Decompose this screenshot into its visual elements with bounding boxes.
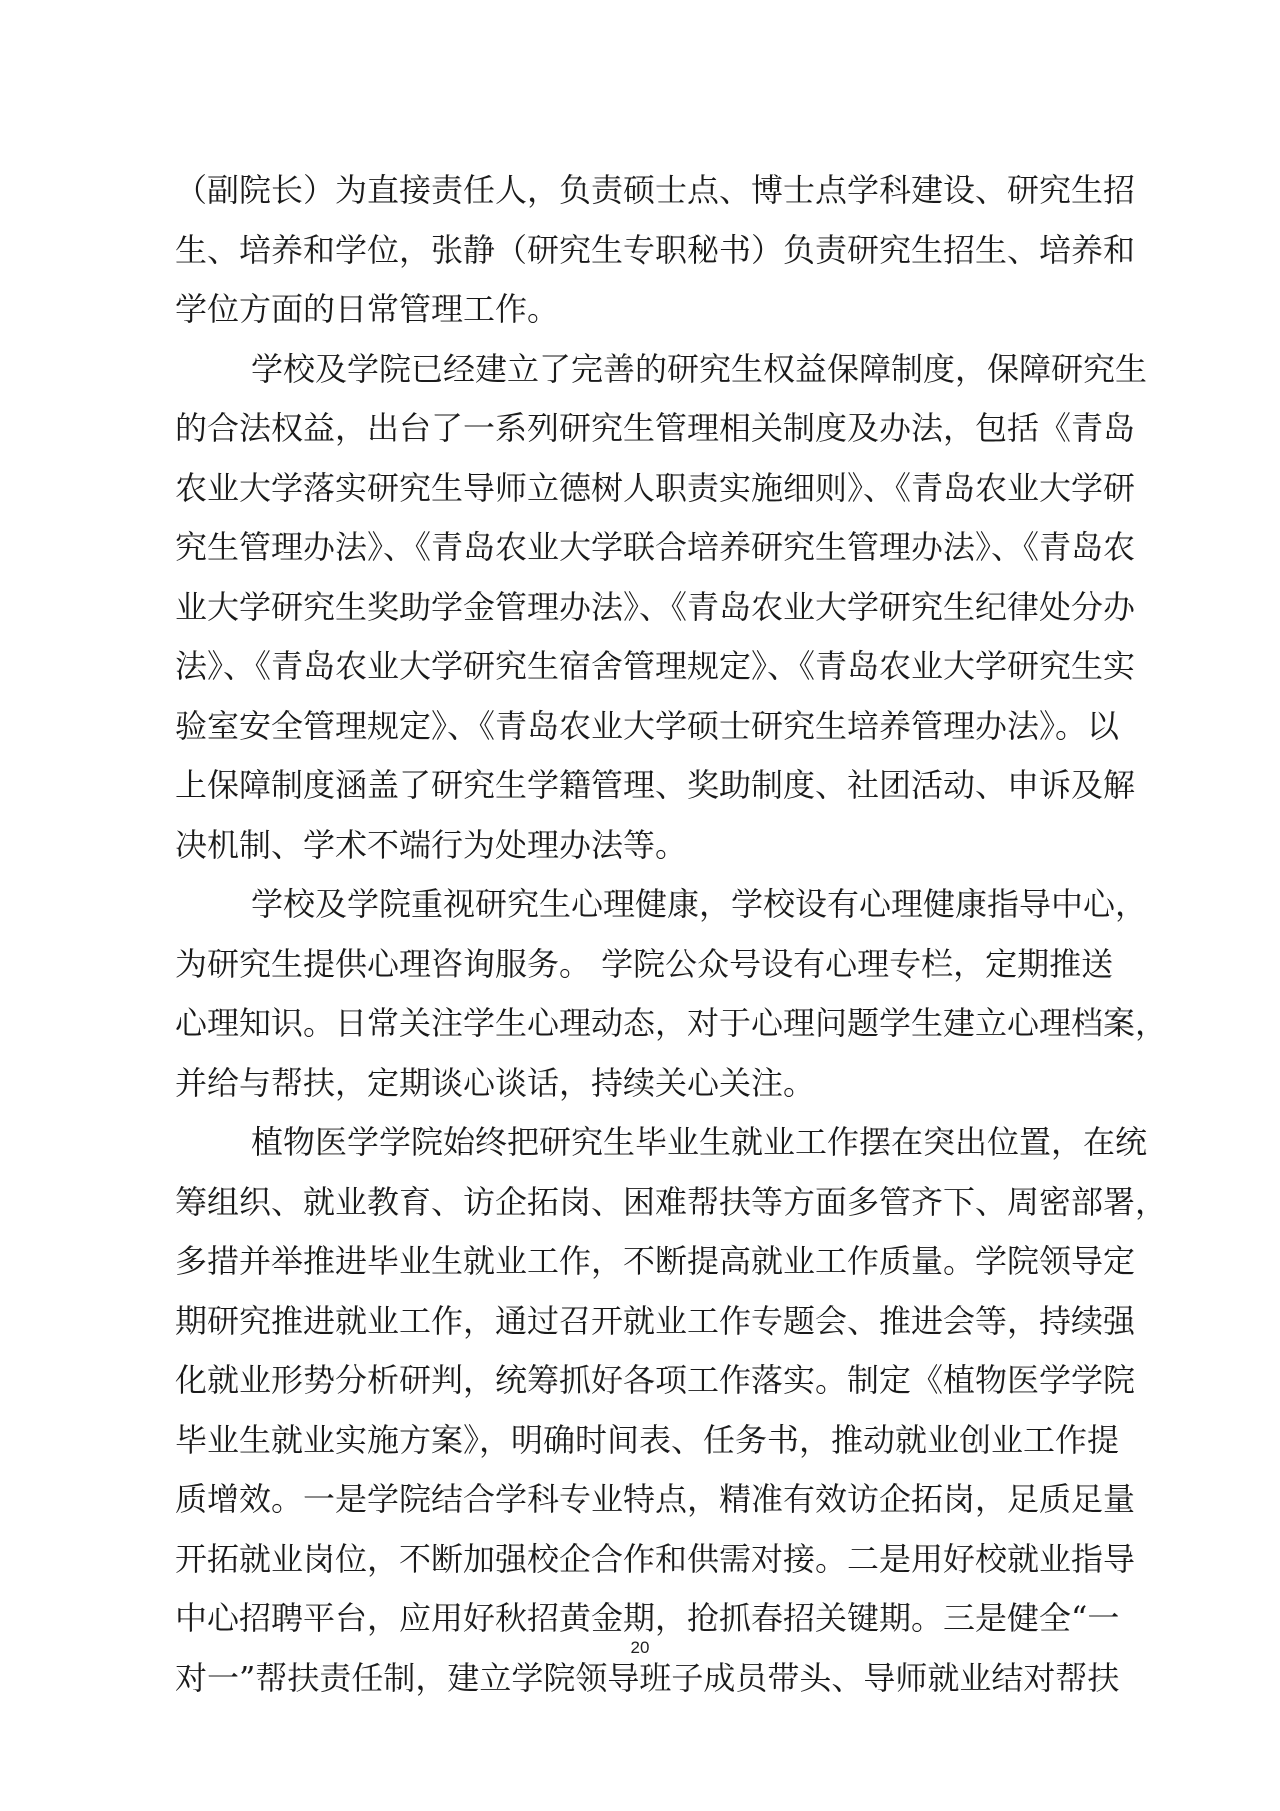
paragraph-3-line-2: 为研究生提供心理咨询服务。 学院公众号设有心理专栏，定期推送 — [175, 934, 1087, 994]
paragraph-4-line-8: 开拓就业岗位，不断加强校企合作和供需对接。二是用好校就业指导 — [175, 1529, 1087, 1589]
paragraph-4-line-5: 化就业形势分析研判，统筹抓好各项工作落实。制定《植物医学学院 — [175, 1350, 1087, 1410]
paragraph-2-line-3: 农业大学落实研究生导师立德树人职责实施细则》、《青岛农业大学研 — [175, 458, 1087, 518]
paragraph-2-line-2: 的合法权益，出台了一系列研究生管理相关制度及办法，包括《青岛 — [175, 398, 1087, 458]
paragraph-4-line-6: 毕业生就业实施方案》，明确时间表、任务书，推动就业创业工作提 — [175, 1410, 1087, 1470]
paragraph-4-line-2: 筹组织、就业教育、访企拓岗、困难帮扶等方面多管齐下、周密部署， — [175, 1172, 1087, 1232]
paragraph-2-line-5: 业大学研究生奖助学金管理办法》、《青岛农业大学研究生纪律处分办 — [175, 577, 1087, 637]
paragraph-2-line-6: 法》、《青岛农业大学研究生宿舍管理规定》、《青岛农业大学研究生实 — [175, 636, 1087, 696]
paragraph-3-line-3: 心理知识。日常关注学生心理动态，对于心理问题学生建立心理档案， — [175, 993, 1087, 1053]
paragraph-3-line-4: 并给与帮扶，定期谈心谈话，持续关心关注。 — [175, 1053, 1087, 1113]
paragraph-2-line-1: 学校及学院已经建立了完善的研究生权益保障制度，保障研究生 — [251, 339, 1087, 399]
paragraph-4-line-1: 植物医学学院始终把研究生毕业生就业工作摆在突出位置，在统 — [251, 1112, 1087, 1172]
paragraph-4-line-7: 质增效。一是学院结合学科专业特点，精准有效访企拓岗，足质足量 — [175, 1469, 1087, 1529]
paragraph-2-line-9: 决机制、学术不端行为处理办法等。 — [175, 815, 1087, 875]
paragraph-4-line-3: 多措并举推进毕业生就业工作，不断提高就业工作质量。学院领导定 — [175, 1231, 1087, 1291]
paragraph-3-line-1: 学校及学院重视研究生心理健康，学校设有心理健康指导中心， — [251, 874, 1087, 934]
paragraph-4-line-4: 期研究推进就业工作，通过召开就业工作专题会、推进会等，持续强 — [175, 1291, 1087, 1351]
paragraph-1-line-1: （副院长）为直接责任人，负责硕士点、博士点学科建设、研究生招 — [175, 160, 1087, 220]
paragraph-2-line-8: 上保障制度涵盖了研究生学籍管理、奖助制度、社团活动、申诉及解 — [175, 755, 1087, 815]
paragraph-1-line-3: 学位方面的日常管理工作。 — [175, 279, 1087, 339]
paragraph-2-line-7: 验室安全管理规定》、《青岛农业大学硕士研究生培养管理办法》。以 — [175, 696, 1087, 756]
document-page: （副院长）为直接责任人，负责硕士点、博士点学科建设、研究生招 生、培养和学位，张… — [0, 0, 1280, 1811]
page-number: 20 — [0, 1638, 1280, 1658]
paragraph-1-line-2: 生、培养和学位，张静（研究生专职秘书）负责研究生招生、培养和 — [175, 220, 1087, 280]
paragraph-2-line-4: 究生管理办法》、《青岛农业大学联合培养研究生管理办法》、《青岛农 — [175, 517, 1087, 577]
